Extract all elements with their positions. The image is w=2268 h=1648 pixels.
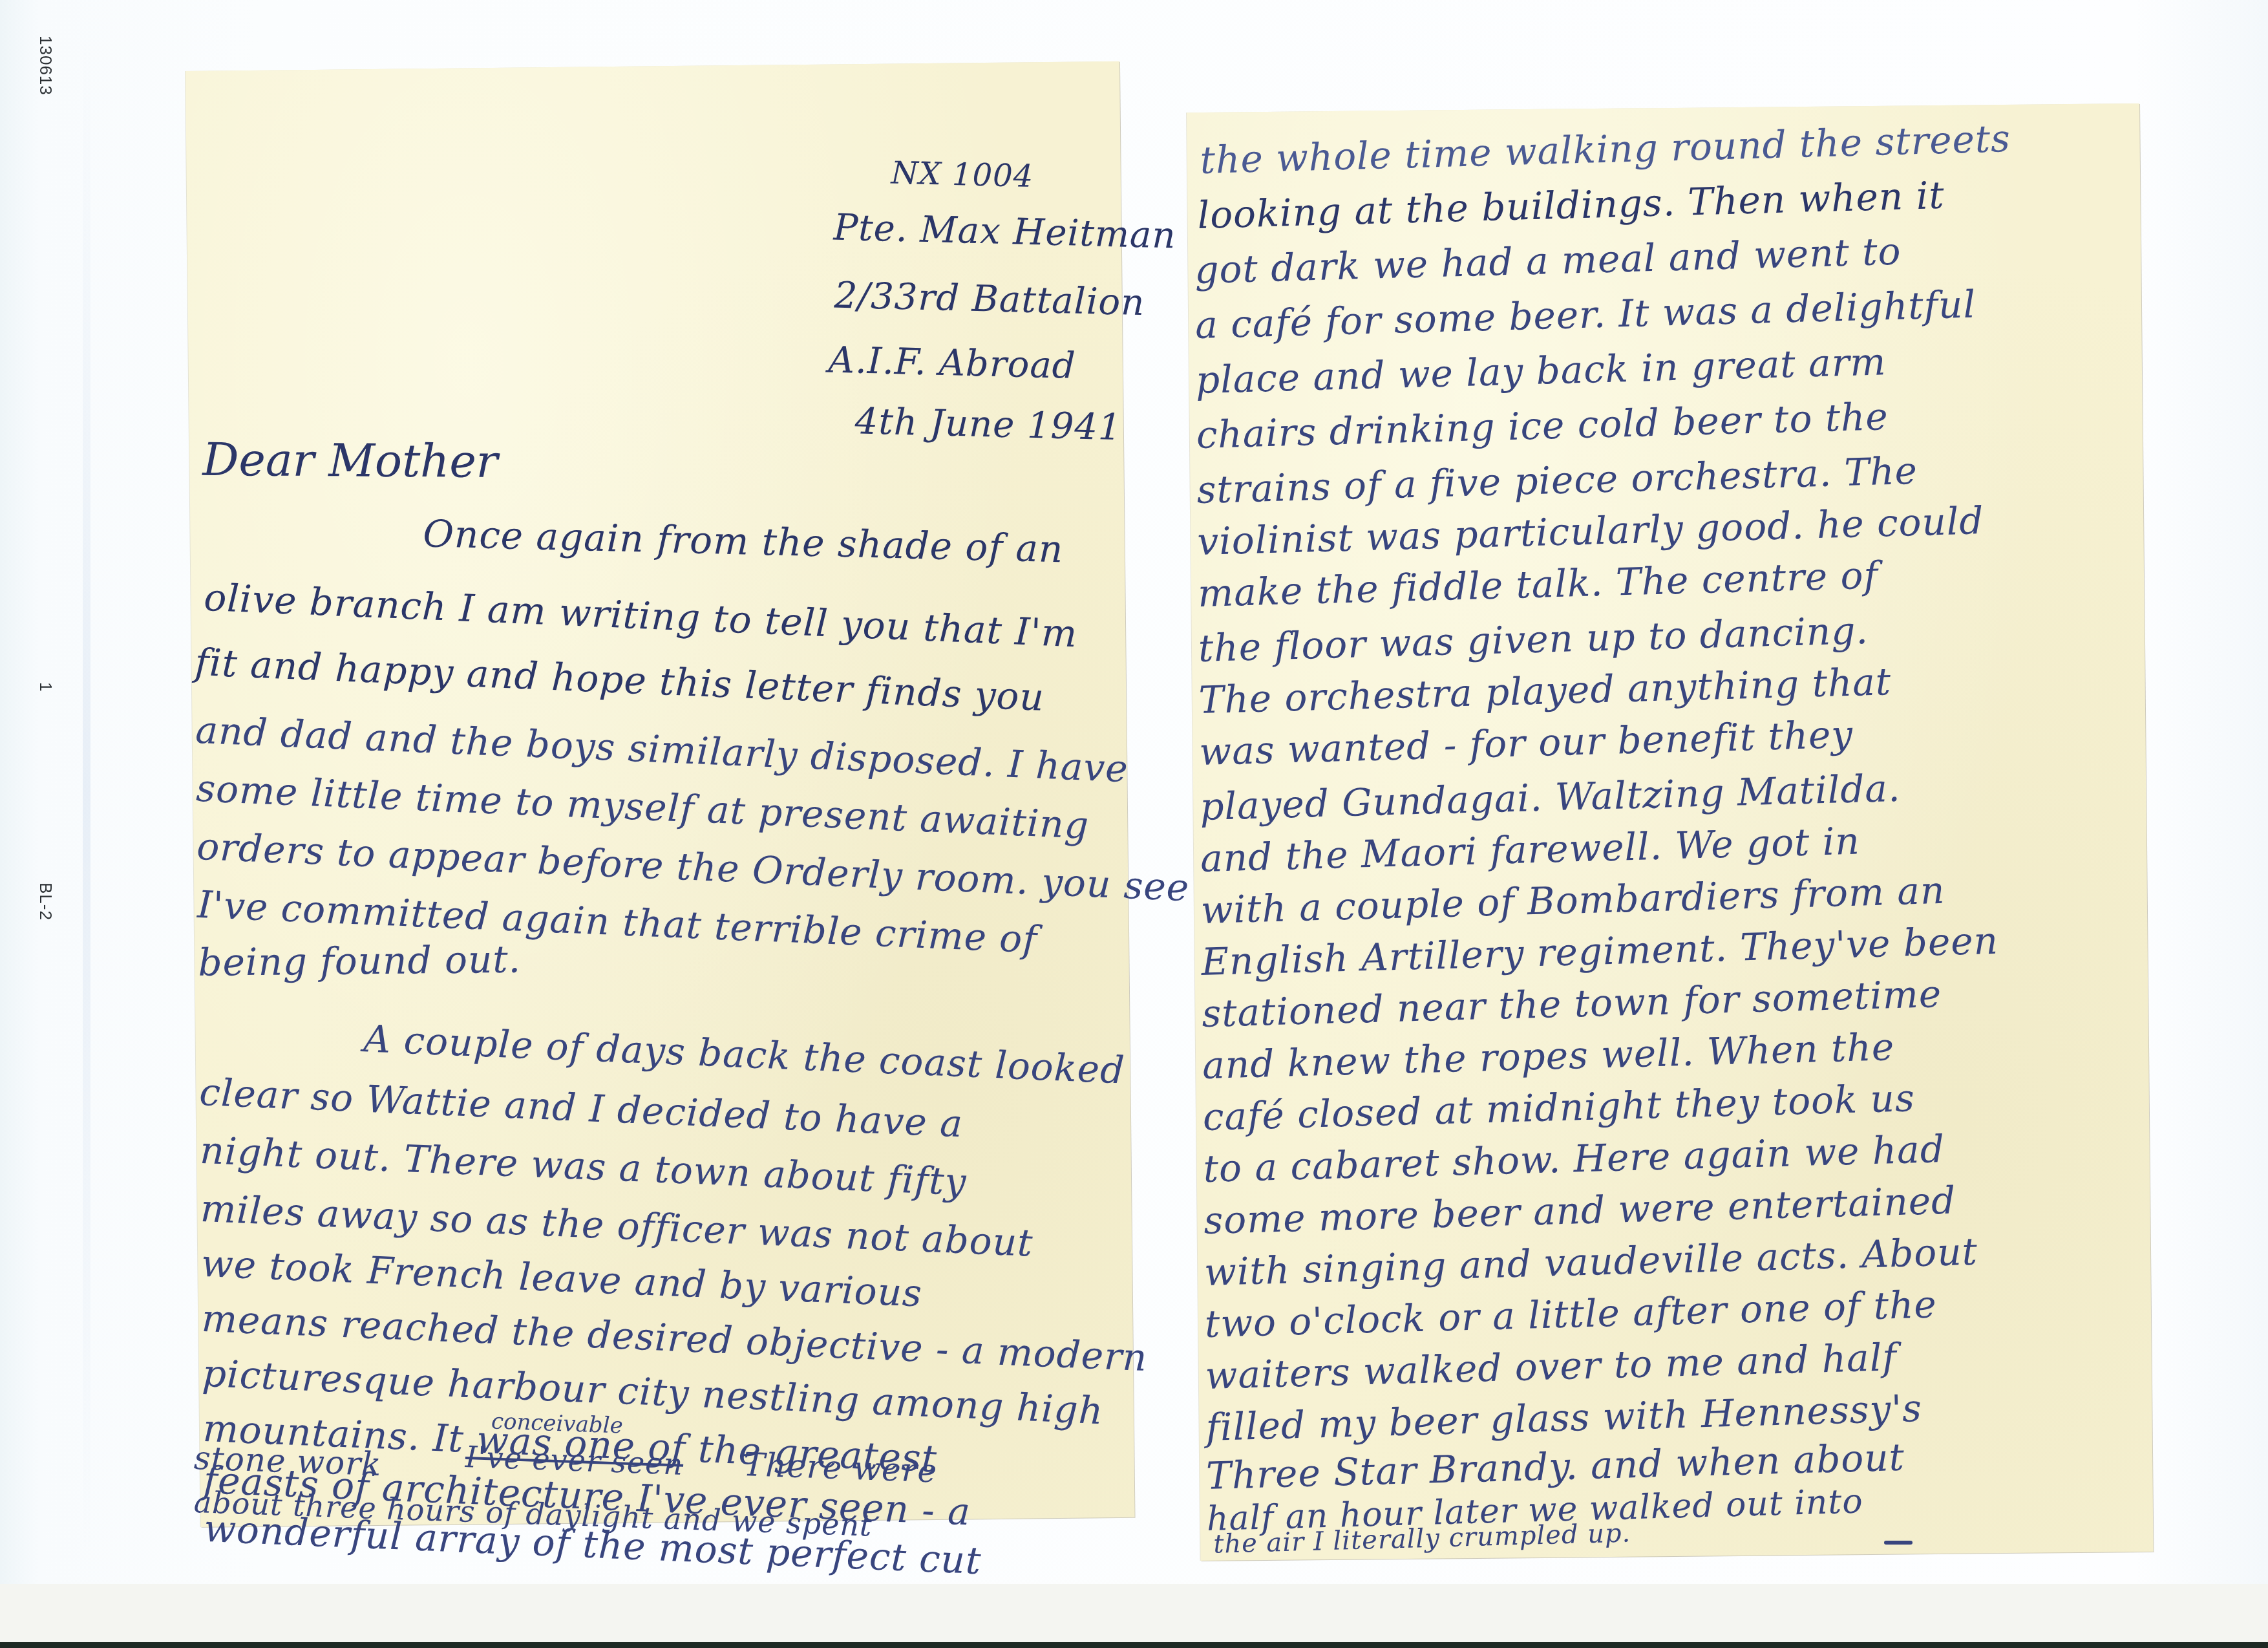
body-line: being found out.	[198, 941, 521, 981]
body-line: two o'clock or a little after one of the	[1204, 1285, 1937, 1343]
body-line: olive branch I am writing to tell you th…	[203, 579, 1078, 653]
sender-name: Pte. Max Heitman	[833, 210, 1176, 255]
body-line: looking at the buildings. Then when it	[1197, 177, 1945, 234]
letter-page-right: the whole time walking round the streets…	[1187, 103, 2153, 1561]
sender-unit: 2/33rd Battalion	[834, 278, 1145, 322]
body-line: café closed at midnight they took us	[1202, 1079, 1915, 1136]
collection-label: BL-2	[36, 883, 56, 921]
body-line: with singing and vaudeville acts. About	[1204, 1233, 1978, 1291]
struck-out-text: I've ever seen	[465, 1442, 684, 1479]
body-line: with a couple of Bombardiers from an	[1200, 872, 1945, 929]
closing-dash	[1884, 1541, 1913, 1545]
body-line: played Gundagai. Waltzing Matilda.	[1200, 769, 1902, 826]
body-line: place and we lay back in great arm	[1195, 343, 1887, 399]
body-line: The orchestra played anything that	[1198, 663, 1892, 719]
body-line: and the Maori farewell. We got in	[1200, 822, 1860, 877]
inserted-word: conceivable	[491, 1410, 623, 1437]
body-line: stone work	[193, 1442, 382, 1481]
body-line: a café for some beer. It was a delightfu…	[1194, 285, 1976, 344]
body-line: A couple of days back the coast looked	[363, 1020, 1125, 1089]
scanner-lid-strip	[0, 1584, 2268, 1642]
body-line: violinist was particularly good. he coul…	[1197, 502, 1985, 561]
show-through-stripe	[83, 39, 90, 1552]
letter-date: 4th June 1941	[854, 403, 1122, 446]
body-line: waiters walked over to me and half	[1205, 1338, 1897, 1395]
body-line: was wanted - for our benefit they	[1199, 716, 1854, 771]
body-line: and knew the ropes well. When the	[1202, 1028, 1894, 1084]
body-line: make the fiddle talk. The centre of	[1197, 557, 1878, 612]
body-line: fit and happy and hope this letter finds…	[194, 643, 1045, 716]
body-line: some more beer and were entertained	[1203, 1181, 1956, 1239]
service-number: NX 1004	[891, 158, 1034, 192]
scanner-edge	[0, 1642, 2268, 1648]
body-line: chairs drinking ice cold beer to the	[1196, 398, 1889, 454]
body-line: stationed near the town for sometime	[1202, 975, 1942, 1033]
body-line: to a cabaret show. Here again we had	[1203, 1130, 1945, 1188]
body-line: got dark we had a meal and went to	[1194, 232, 1902, 289]
archive-number-label: 130613	[36, 36, 56, 96]
sender-force: A.I.F. Abroad	[828, 343, 1076, 385]
letter-page-left: NX 1004 Pte. Max Heitman 2/33rd Battalio…	[185, 61, 1135, 1527]
body-line: There were	[743, 1448, 938, 1487]
salutation: Dear Mother	[202, 437, 498, 484]
body-line: the floor was given up to dancing.	[1198, 612, 1869, 667]
body-line: the whole time walking round the streets	[1200, 120, 2011, 179]
body-line: strains of a five piece orchestra. The	[1196, 452, 1918, 509]
body-line: English Artillery regiment. They've been	[1201, 922, 1999, 981]
body-line: Once again from the shade of an	[423, 515, 1064, 568]
page-number-label: 1	[36, 682, 56, 692]
